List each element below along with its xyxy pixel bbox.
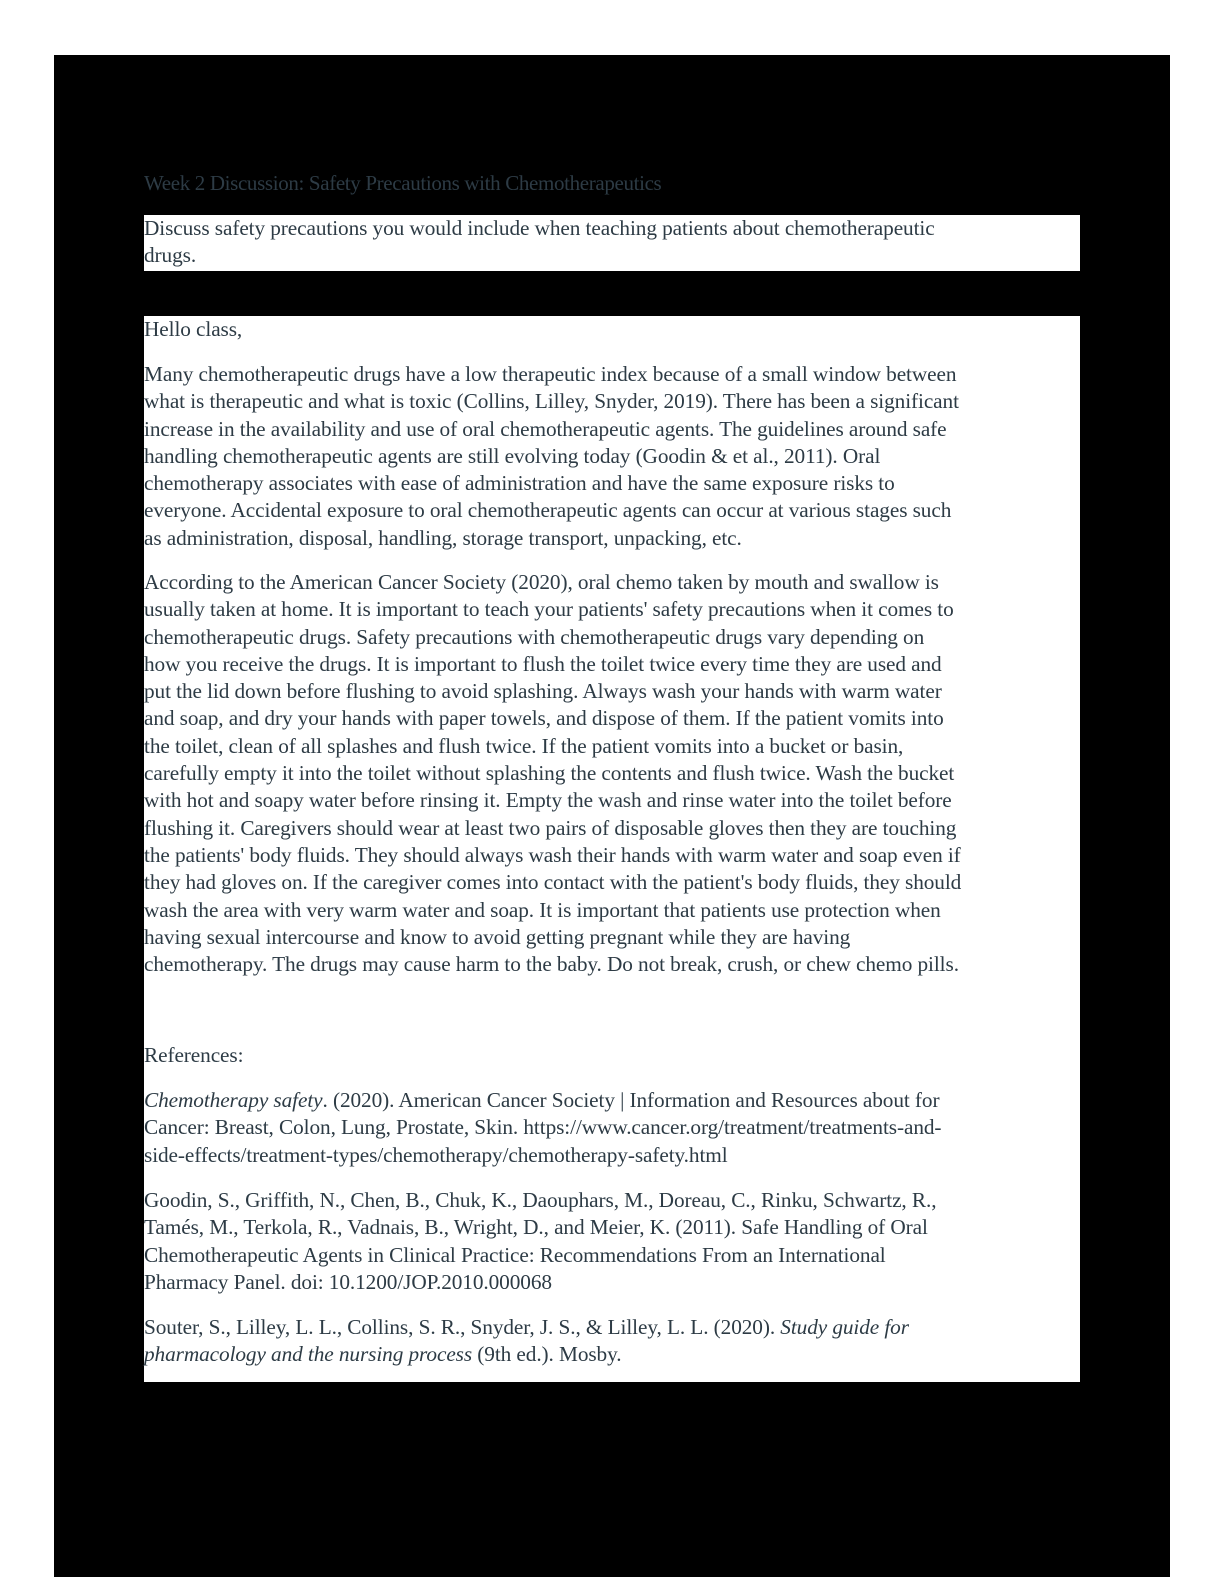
paragraph-line: handling chemotherapeutic agents are sti… [144, 443, 1084, 470]
paragraph-line: flushing it. Caregivers should wear at l… [144, 815, 1084, 842]
greeting: Hello class, [144, 316, 242, 343]
paragraph-line: as administration, disposal, handling, s… [144, 525, 1084, 552]
page-title: Week 2 Discussion: Safety Precautions wi… [144, 170, 1080, 197]
reference-line: pharmacology and the nursing process (9t… [144, 1341, 1080, 1368]
paragraph-line: carefully empty it into the toilet witho… [144, 760, 1084, 787]
paragraph-line: According to the American Cancer Society… [144, 569, 1084, 596]
reference-line: Tamés, M., Terkola, R., Vadnais, B., Wri… [144, 1214, 1080, 1241]
paragraph-2: According to the American Cancer Society… [144, 569, 1084, 978]
discussion-prompt: Discuss safety precautions you would inc… [144, 215, 1080, 271]
paragraph-line: the toilet, clean of all splashes and fl… [144, 733, 1084, 760]
reference-line: Pharmacy Panel. doi: 10.1200/JOP.2010.00… [144, 1269, 1080, 1296]
paragraph-line: usually taken at home. It is important t… [144, 596, 1084, 623]
paragraph-line: wash the area with very warm water and s… [144, 897, 1084, 924]
reference-text: Souter, S., Lilley, L. L., Collins, S. R… [144, 1315, 780, 1339]
reference-url: side-effects/treatment-types/chemotherap… [144, 1142, 1080, 1169]
reference-title: Study guide for [780, 1315, 909, 1339]
reference-text: (9th ed.). Mosby. [472, 1342, 621, 1366]
paragraph-line: and soap, and dry your hands with paper … [144, 705, 1084, 732]
paragraph-1: Many chemotherapeutic drugs have a low t… [144, 361, 1084, 552]
paragraph-line: everyone. Accidental exposure to oral ch… [144, 497, 1084, 524]
prompt-line: Discuss safety precautions you would inc… [144, 215, 1080, 242]
reference-line: Cancer: Breast, Colon, Lung, Prostate, S… [144, 1114, 1080, 1141]
reference-entry: Souter, S., Lilley, L. L., Collins, S. R… [144, 1314, 1080, 1369]
reference-entry: Goodin, S., Griffith, N., Chen, B., Chuk… [144, 1187, 1080, 1296]
reference-line: Souter, S., Lilley, L. L., Collins, S. R… [144, 1314, 1080, 1341]
reference-line: Chemotherapeutic Agents in Clinical Prac… [144, 1242, 1080, 1269]
reference-line: Goodin, S., Griffith, N., Chen, B., Chuk… [144, 1187, 1080, 1214]
reference-text: . (2020). American Cancer Society | Info… [323, 1088, 940, 1112]
reference-title: pharmacology and the nursing process [144, 1342, 472, 1366]
references-heading: References: [144, 1042, 243, 1069]
paragraph-line: Many chemotherapeutic drugs have a low t… [144, 361, 1084, 388]
reference-entry: Chemotherapy safety. (2020). American Ca… [144, 1087, 1080, 1169]
paragraph-line: chemotherapy associates with ease of adm… [144, 470, 1084, 497]
paragraph-line: chemotherapeutic drugs. Safety precautio… [144, 624, 1084, 651]
paragraph-line: what is therapeutic and what is toxic (C… [144, 388, 1084, 415]
paragraph-line: they had gloves on. If the caregiver com… [144, 869, 1084, 896]
paragraph-line: increase in the availability and use of … [144, 416, 1084, 443]
paragraph-line: with hot and soapy water before rinsing … [144, 787, 1084, 814]
paragraph-line: put the lid down before flushing to avoi… [144, 678, 1084, 705]
paragraph-line: the patients' body fluids. They should a… [144, 842, 1084, 869]
paragraph-line: how you receive the drugs. It is importa… [144, 651, 1084, 678]
prompt-line: drugs. [144, 242, 1080, 269]
paragraph-line: chemotherapy. The drugs may cause harm t… [144, 951, 1084, 978]
discussion-response: Hello class, Many chemotherapeutic drugs… [144, 316, 1080, 1382]
reference-line: Chemotherapy safety. (2020). American Ca… [144, 1087, 1080, 1114]
paragraph-line: having sexual intercourse and know to av… [144, 924, 1084, 951]
reference-title: Chemotherapy safety [144, 1088, 323, 1112]
